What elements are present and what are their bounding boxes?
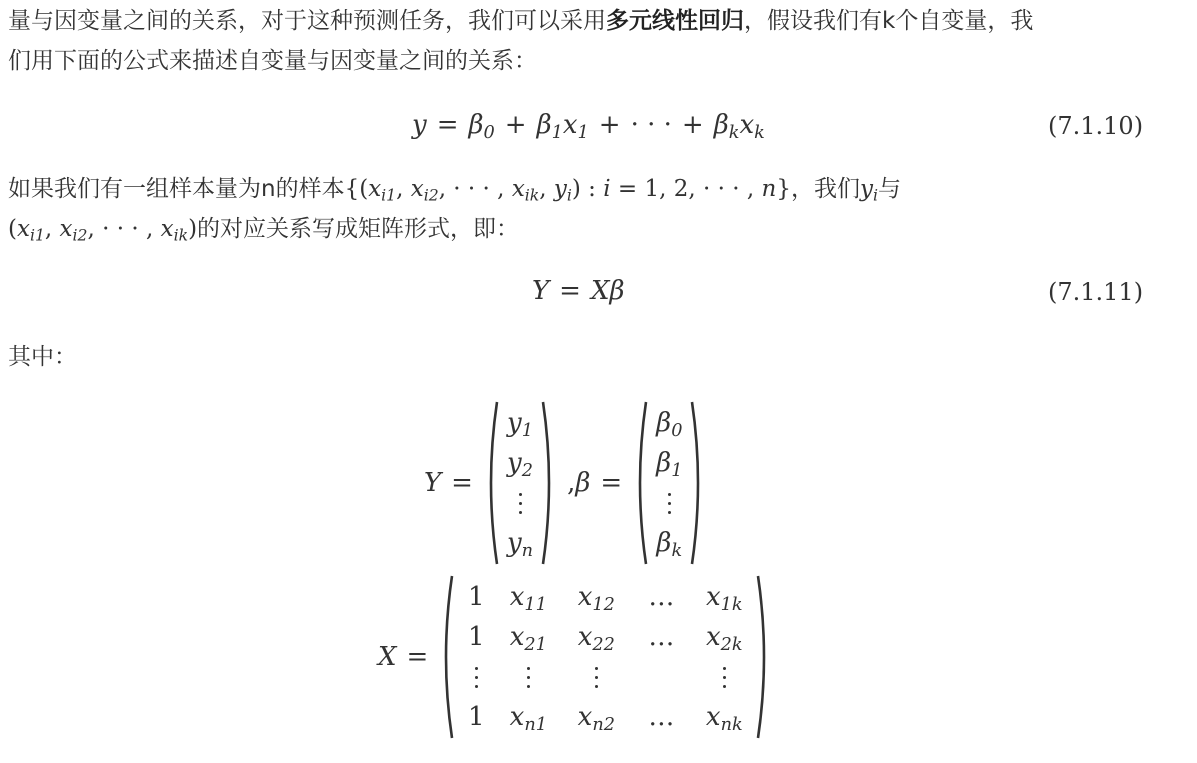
entry-xn2: xn2 bbox=[578, 697, 615, 737]
paragraph-sample-line1: 如果我们有一组样本量为n的样本{(xi1, xi2, · · · , xik, … bbox=[8, 170, 901, 208]
text: ，我们 bbox=[791, 176, 860, 202]
entry-y1: y1 bbox=[507, 403, 533, 443]
math-yi: yi bbox=[860, 176, 878, 202]
equation-7-1-11: Y=Xβ bbox=[532, 276, 625, 306]
entry-xnk: xnk bbox=[706, 697, 743, 737]
vector-beta: β0 β1 βk bbox=[648, 403, 690, 563]
entry-beta1: β1 bbox=[656, 443, 682, 483]
entry-x12: x12 bbox=[578, 577, 615, 617]
text: 其中： bbox=[8, 344, 77, 370]
left-paren bbox=[632, 400, 648, 566]
paragraph-where: 其中： bbox=[8, 338, 77, 376]
text: 量与因变量之间的关系，对于这种预测任务，我们可以采用 bbox=[8, 8, 606, 34]
vector-definitions: Y = y1 y2 yn , β = β0 β1 βk bbox=[424, 400, 706, 566]
vdots bbox=[527, 657, 530, 697]
right-paren bbox=[690, 400, 706, 566]
vector-Y: y1 y2 yn bbox=[499, 403, 541, 563]
vdots bbox=[595, 657, 598, 697]
vdots bbox=[519, 483, 522, 523]
entry-xn1: xn1 bbox=[510, 697, 547, 737]
entry-x1k: x1k bbox=[706, 577, 743, 617]
text: 们用下面的公式来描述自变量与因变量之间的关系： bbox=[8, 48, 537, 74]
entry-beta0: β0 bbox=[656, 403, 682, 443]
matrix-X: 1 x11 x12 … x1k 1 x21 x22 … x2k 1 xn1 xn… bbox=[454, 577, 756, 737]
left-paren bbox=[483, 400, 499, 566]
right-paren bbox=[541, 400, 557, 566]
equation-number: (7.1.10) bbox=[1048, 112, 1143, 140]
hdots: … bbox=[648, 697, 678, 737]
math-cdots: · · · bbox=[631, 110, 672, 140]
entry-betak: βk bbox=[656, 523, 682, 563]
text: 与 bbox=[878, 176, 901, 202]
vdots bbox=[668, 483, 671, 523]
matrix-X-definition: X = 1 x11 x12 … x1k 1 x21 x22 … x2k 1 xn… bbox=[378, 574, 772, 740]
math-beta1-x1: β1x1 bbox=[537, 110, 589, 140]
bold-term-multiple-linear-regression: 多元线性回归 bbox=[606, 8, 744, 34]
math-y: y bbox=[412, 110, 427, 140]
entry-x21: x21 bbox=[510, 617, 547, 657]
entry-x22: x22 bbox=[578, 617, 615, 657]
entry-y2: y2 bbox=[507, 443, 533, 483]
entry-x11: x11 bbox=[510, 577, 547, 617]
left-paren bbox=[438, 574, 454, 740]
paragraph-intro-line1: 量与因变量之间的关系，对于这种预测任务，我们可以采用多元线性回归，假设我们有k个… bbox=[8, 2, 1033, 40]
math-sample-set: {(xi1, xi2, · · · , xik, yi) : i = 1, 2,… bbox=[345, 176, 791, 202]
matrix-label-Y: Y bbox=[424, 468, 441, 498]
entry-x2k: x2k bbox=[706, 617, 743, 657]
paragraph-sample-line2: (xi1, xi2, · · · , xik)的对应关系写成矩阵形式，即： bbox=[8, 210, 519, 248]
math-x-tuple: (xi1, xi2, · · · , xik) bbox=[8, 216, 197, 242]
right-paren bbox=[756, 574, 772, 740]
vdots bbox=[475, 657, 478, 697]
math-betak-xk: βkxk bbox=[714, 110, 765, 140]
math-beta0: β0 bbox=[469, 110, 495, 140]
text: 的对应关系写成矩阵形式，即： bbox=[197, 216, 519, 242]
equation-number: (7.1.11) bbox=[1048, 278, 1143, 306]
paragraph-intro-line2: 们用下面的公式来描述自变量与因变量之间的关系： bbox=[8, 42, 537, 80]
vdots bbox=[723, 657, 726, 697]
equation-7-1-10: y=β0+β1x1+· · ·+βkxk bbox=[412, 110, 765, 140]
hdots: … bbox=[648, 577, 678, 617]
hdots: … bbox=[648, 617, 678, 657]
text: ，假设我们有k个自变量，我 bbox=[744, 8, 1033, 34]
text: 如果我们有一组样本量为n的样本 bbox=[8, 176, 345, 202]
matrix-label-X: X bbox=[378, 642, 397, 672]
matrix-label-beta: β bbox=[575, 468, 590, 498]
entry-yn: yn bbox=[507, 523, 533, 563]
